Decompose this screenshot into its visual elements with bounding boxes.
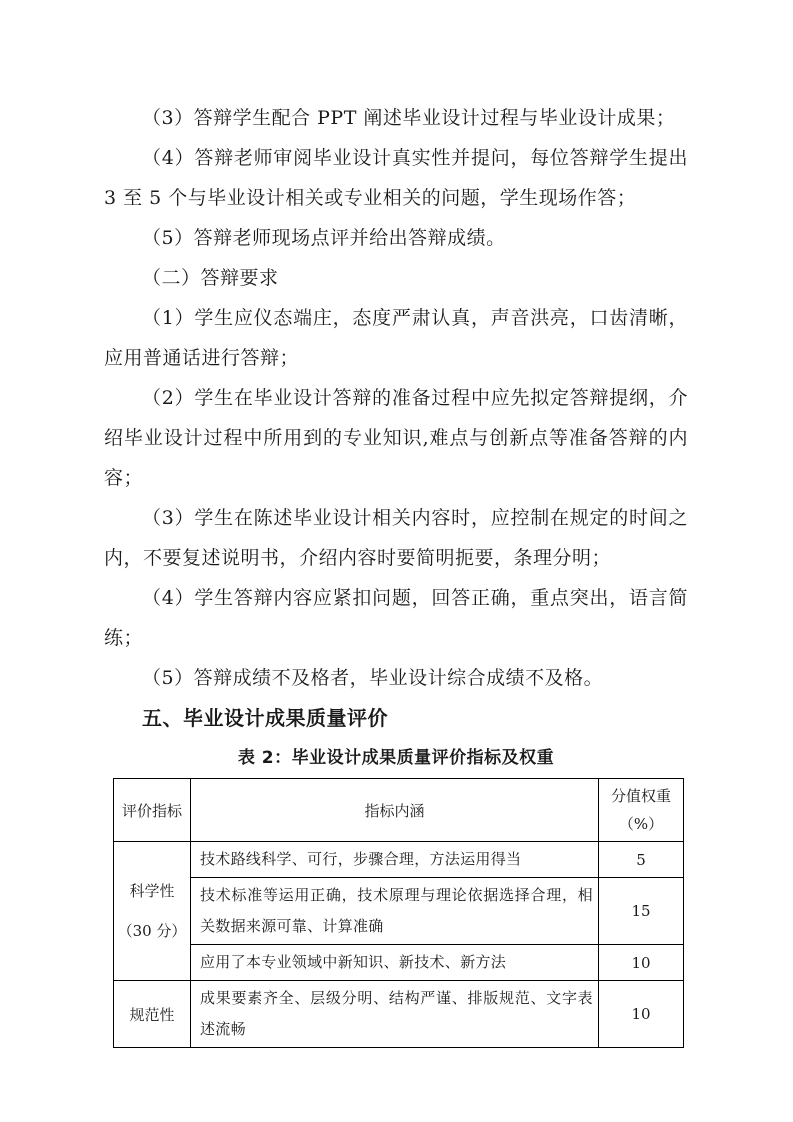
table-caption: 表 2：毕业设计成果质量评价指标及权重 bbox=[104, 738, 688, 778]
paragraph: （二）答辩要求 bbox=[104, 258, 688, 298]
paragraph: （4）答辩老师审阅毕业设计真实性并提问，每位答辩学生提出 3 至 5 个与毕业设… bbox=[104, 138, 688, 218]
table-header-row: 评价指标 指标内涵 分值权重 （%） bbox=[114, 779, 684, 842]
paragraph: （3）答辩学生配合 PPT 阐述毕业设计过程与毕业设计成果； bbox=[104, 98, 688, 138]
document-page: （3）答辩学生配合 PPT 阐述毕业设计过程与毕业设计成果； （4）答辩老师审阅… bbox=[0, 0, 793, 1122]
paragraph: （2）学生在毕业设计答辩的准备过程中应先拟定答辩提纲，介绍毕业设计过程中所用到的… bbox=[104, 378, 688, 498]
evaluation-table: 评价指标 指标内涵 分值权重 （%） 科学性 （30 分） 技术路线科学、可行，… bbox=[113, 778, 684, 1048]
cell-content: 应用了本专业领域中新知识、新技术、新方法 bbox=[191, 945, 599, 981]
table-row: 科学性 （30 分） 技术路线科学、可行，步骤合理，方法运用得当 5 bbox=[114, 842, 684, 878]
cell-weight: 5 bbox=[599, 842, 684, 878]
header-weight-line1: 分值权重 bbox=[599, 782, 683, 810]
table-row: 技术标准等运用正确，技术原理与理论依据选择合理，相关数据来源可靠、计算准确 15 bbox=[114, 878, 684, 945]
science-label-line2: （30 分） bbox=[114, 911, 190, 951]
paragraph: （5）答辩老师现场点评并给出答辩成绩。 bbox=[104, 218, 688, 258]
table-row: 规范性 成果要素齐全、层级分明、结构严谨、排版规范、文字表述流畅 10 bbox=[114, 981, 684, 1048]
cell-content: 成果要素齐全、层级分明、结构严谨、排版规范、文字表述流畅 bbox=[191, 981, 599, 1048]
header-weight-line2: （%） bbox=[599, 810, 683, 838]
cell-indicator-science: 科学性 （30 分） bbox=[114, 842, 191, 981]
cell-content: 技术路线科学、可行，步骤合理，方法运用得当 bbox=[191, 842, 599, 878]
header-cell-weight: 分值权重 （%） bbox=[599, 779, 684, 842]
paragraph: （1）学生应仪态端庄，态度严肃认真，声音洪亮，口齿清晰，应用普通话进行答辩； bbox=[104, 298, 688, 378]
cell-indicator-standard: 规范性 bbox=[114, 981, 191, 1048]
header-cell-indicator: 评价指标 bbox=[114, 779, 191, 842]
header-cell-content: 指标内涵 bbox=[191, 779, 599, 842]
section-heading: 五、毕业设计成果质量评价 bbox=[104, 698, 688, 738]
paragraph: （3）学生在陈述毕业设计相关内容时，应控制在规定的时间之内，不要复述说明书，介绍… bbox=[104, 498, 688, 578]
paragraph: （5）答辩成绩不及格者，毕业设计综合成绩不及格。 bbox=[104, 658, 688, 698]
cell-weight: 10 bbox=[599, 945, 684, 981]
science-label-line1: 科学性 bbox=[114, 871, 190, 911]
table-row: 应用了本专业领域中新知识、新技术、新方法 10 bbox=[114, 945, 684, 981]
cell-weight: 10 bbox=[599, 981, 684, 1048]
cell-content: 技术标准等运用正确，技术原理与理论依据选择合理，相关数据来源可靠、计算准确 bbox=[191, 878, 599, 945]
paragraph: （4）学生答辩内容应紧扣问题，回答正确，重点突出，语言简练； bbox=[104, 578, 688, 658]
cell-weight: 15 bbox=[599, 878, 684, 945]
